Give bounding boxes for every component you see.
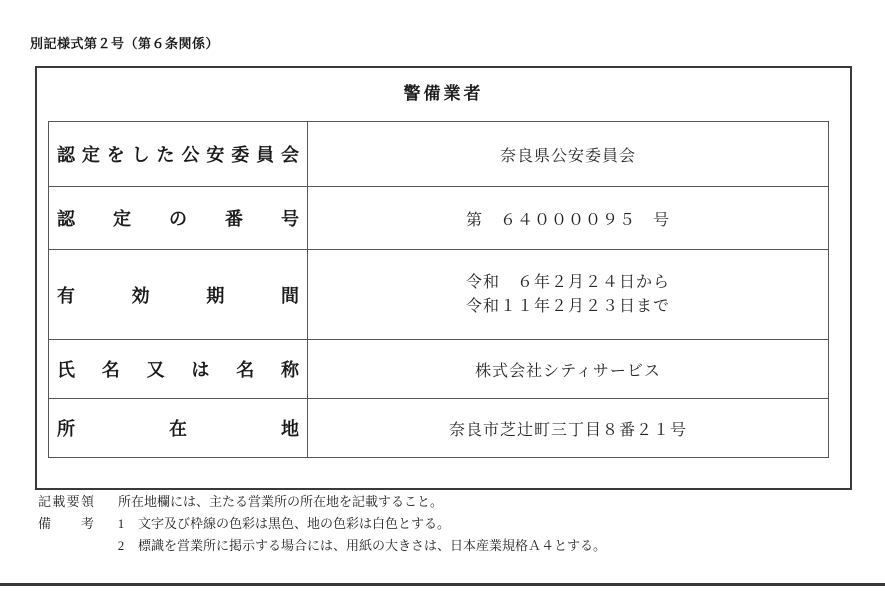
company-name-label: 氏名又は名称 [57,356,299,382]
company-name-value: 株式会社シティサービス [308,340,828,398]
validity-end-date: 令和１１年２月２３日まで [466,295,670,319]
commission-value: 奈良県公安委員会 [308,122,828,186]
instruction-label: 記載要領 [38,494,94,510]
document-page: { "page": { "form_label": "別記様式第２号（第６条関係… [0,0,885,591]
certificate-table: 認定をした公安委員会 奈良県公安委員会 認定の番号 第 ６４００００９５ 号 有… [48,121,829,458]
row-label-cell: 氏名又は名称 [49,340,308,398]
row-label-cell: 有効期間 [49,250,308,339]
remark2-text: 標識を営業所に掲示する場合には、用紙の大きさは、日本産業規格Ａ４とする。 [138,538,606,554]
instruction-text: 所在地欄には、主たる営業所の所在地を記載すること。 [118,494,443,510]
row-label-cell: 認定をした公安委員会 [49,122,308,186]
row-label-cell: 認定の番号 [49,187,308,249]
form-number-label: 別記様式第２号（第６条関係） [30,33,219,52]
remark1-number: 1 [114,516,128,532]
note-instruction-line: 記載要領 所在地欄には、主たる営業所の所在地を記載すること。 [38,494,606,510]
table-row-cert-number: 認定の番号 第 ６４００００９５ 号 [49,186,828,249]
table-row-validity-period: 有効期間 令和 ６年２月２４日から 令和１１年２月２３日まで [49,249,828,339]
window-bottom-edge [0,583,885,586]
footnotes-section: 記載要領 所在地欄には、主たる営業所の所在地を記載すること。 備 考 1 文字及… [38,494,606,560]
table-row-company-name: 氏名又は名称 株式会社シティサービス [49,339,828,398]
remark2-number: 2 [114,538,128,554]
validity-period-dates: 令和 ６年２月２４日から 令和１１年２月２３日まで [466,271,670,319]
table-row-address: 所在地 奈良市芝辻町三丁目８番２１号 [49,398,828,457]
address-label: 所在地 [57,415,299,441]
remark1-text: 文字及び枠線の色彩は黒色、地の色彩は白色とする。 [138,516,450,532]
certificate-board: 警備業者 認定をした公安委員会 奈良県公安委員会 認定の番号 第 ６４００００９… [35,66,852,490]
row-label-cell: 所在地 [49,399,308,457]
validity-period-value: 令和 ６年２月２４日から 令和１１年２月２３日まで [308,250,828,339]
note-remark1-line: 備 考 1 文字及び枠線の色彩は黒色、地の色彩は白色とする。 [38,516,606,532]
cert-number-value: 第 ６４００００９５ 号 [308,187,828,249]
table-row-commission: 認定をした公安委員会 奈良県公安委員会 [49,122,828,186]
note-remark2-line: 2 標識を営業所に掲示する場合には、用紙の大きさは、日本産業規格Ａ４とする。 [38,538,606,554]
address-value: 奈良市芝辻町三丁目８番２１号 [308,399,828,457]
board-title: 警備業者 [37,84,850,104]
validity-start-date: 令和 ６年２月２４日から [466,271,670,295]
validity-period-label: 有効期間 [57,282,299,308]
cert-number-label: 認定の番号 [57,205,299,231]
remarks-label: 備 考 [38,516,94,532]
commission-label: 認定をした公安委員会 [57,141,299,167]
